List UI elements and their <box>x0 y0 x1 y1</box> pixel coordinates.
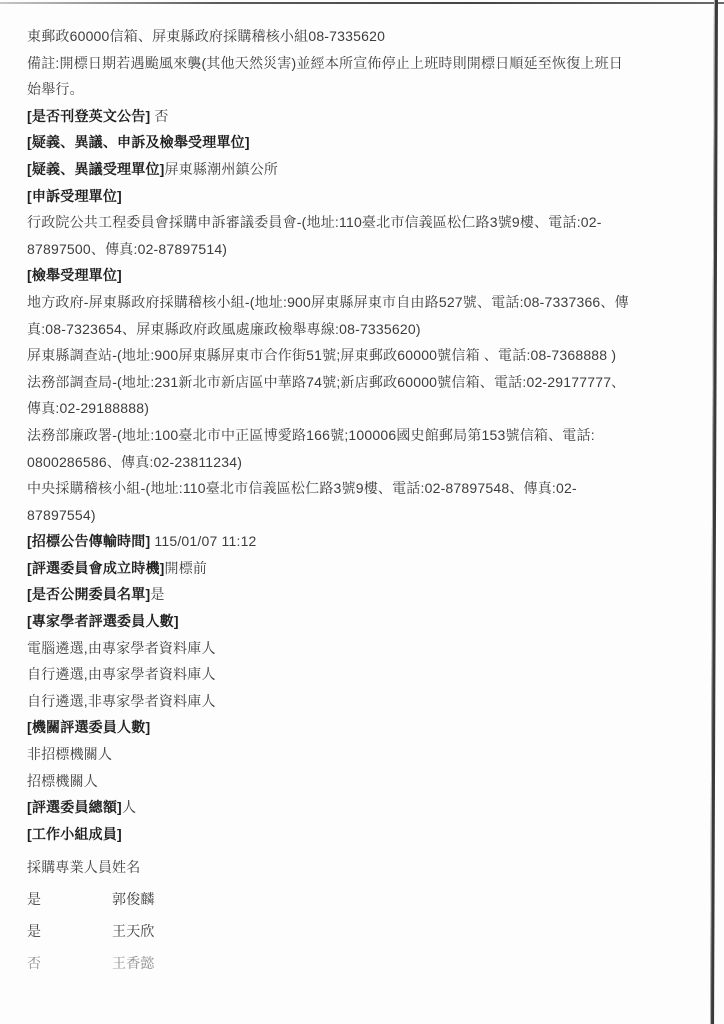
document-line: [檢舉受理單位] <box>27 262 698 289</box>
field-value: 屏東縣潮州鎮公所 <box>165 161 279 177</box>
line-text: 招標機關人 <box>27 773 98 789</box>
document-line: 自行遴選,非專家學者資料庫人 <box>27 688 698 715</box>
document-line: 自行遴選,由專家學者資料庫人 <box>27 661 698 688</box>
document-line: [疑義、異議、申訴及檢舉受理單位] <box>27 129 698 156</box>
document-line: 招標機關人 <box>27 768 698 795</box>
field-label: [申訴受理單位] <box>27 188 122 204</box>
field-label: [招標公告傳輸時間] <box>27 533 150 549</box>
line-text: 87897554) <box>27 507 96 523</box>
document-line: 地方政府-屏東縣政府採購稽核小組-(地址:900屏東縣屏東市自由路527號、電話… <box>27 289 698 316</box>
document-line: 87897500、傳真:02-87897514) <box>27 236 698 263</box>
line-text: 中央採購稽核小組-(地址:110臺北市信義區松仁路3號9樓、電話:02-8789… <box>27 480 577 496</box>
document-line: 備註:開標日期若遇颱風來襲(其他天然災害)並經本所宣佈停止上班時則開標日順延至恢… <box>27 50 698 77</box>
line-text: 法務部調查局-(地址:231新北市新店區中華路74號;新店郵政60000號信箱、… <box>27 374 625 390</box>
field-value: 是 <box>150 586 164 602</box>
line-text: 地方政府-屏東縣政府採購稽核小組-(地址:900屏東縣屏東市自由路527號、電話… <box>27 294 629 310</box>
document-line: [評選委員總額]人 <box>27 794 698 821</box>
qualified-cell: 是 <box>27 916 112 948</box>
line-text: 真:08-7323654、屏東縣政府政風處廉政檢舉專線:08-7335620) <box>27 321 421 337</box>
line-text: 法務部廉政署-(地址:100臺北市中正區博愛路166號;100006國史館郵局第… <box>27 427 595 443</box>
name-cell: 王香懿 <box>112 948 698 980</box>
line-text: 備註:開標日期若遇颱風來襲(其他天然災害)並經本所宣佈停止上班時則開標日順延至恢… <box>27 55 623 71</box>
field-value: 人 <box>122 799 136 815</box>
field-label: [機關評選委員人數] <box>27 719 150 735</box>
document-line: 真:08-7323654、屏東縣政府政風處廉政檢舉專線:08-7335620) <box>27 316 698 343</box>
field-value: 否 <box>150 108 168 124</box>
column-header-procurement-professional: 採購專業人員 <box>27 852 112 884</box>
document-line: [是否刊登英文公告] 否 <box>27 103 698 130</box>
column-header-name: 姓名 <box>112 852 698 884</box>
line-text: 0800286586、傳真:02-23811234) <box>27 454 242 470</box>
document-line: [專家學者評選委員人數] <box>27 608 698 635</box>
document-line: [招標公告傳輸時間] 115/01/07 11:12 <box>27 528 698 555</box>
document-line: 傳真:02-29188888) <box>27 395 698 422</box>
name-cell: 郭俊麟 <box>112 884 698 916</box>
field-label: [疑義、異議受理單位] <box>27 161 165 177</box>
line-text: 傳真:02-29188888) <box>27 400 149 416</box>
qualified-cell: 否 <box>27 948 112 980</box>
line-text: 87897500、傳真:02-87897514) <box>27 241 227 257</box>
field-value: 開標前 <box>165 560 208 576</box>
document-line: [申訴受理單位] <box>27 183 698 210</box>
document-line: 非招標機關人 <box>27 741 698 768</box>
qualified-cell: 是 <box>27 884 112 916</box>
document-line: 電腦遴選,由專家學者資料庫人 <box>27 635 698 662</box>
table-row: 是王天欣 <box>27 916 698 948</box>
field-label: [是否公開委員名單] <box>27 586 150 602</box>
document-line: 87897554) <box>27 502 698 529</box>
field-label: [是否刊登英文公告] <box>27 108 150 124</box>
document-lines: 東郵政60000信箱、屏東縣政府採購稽核小組08-7335620備註:開標日期若… <box>27 23 698 847</box>
line-text: 行政院公共工程委員會採購申訴審議委員會-(地址:110臺北市信義區松仁路3號9樓… <box>27 214 602 230</box>
document-line: 0800286586、傳真:02-23811234) <box>27 449 698 476</box>
line-text: 東郵政60000信箱、屏東縣政府採購稽核小組08-7335620 <box>27 28 385 44</box>
document-line: [是否公開委員名單]是 <box>27 581 698 608</box>
document-line: 東郵政60000信箱、屏東縣政府採購稽核小組08-7335620 <box>27 23 698 50</box>
line-text: 始舉行。 <box>27 81 84 97</box>
document-line: 始舉行。 <box>27 76 698 103</box>
document-line: 法務部廉政署-(地址:100臺北市中正區博愛路166號;100006國史館郵局第… <box>27 422 698 449</box>
work-group-table: 採購專業人員姓名是郭俊麟是王天欣否王香懿 <box>27 852 698 979</box>
document-line: [疑義、異議受理單位]屏東縣潮州鎮公所 <box>27 156 698 183</box>
field-label: [專家學者評選委員人數] <box>27 613 179 629</box>
document-line: [評選委員會成立時機]開標前 <box>27 555 698 582</box>
scan-top-edge-artifact <box>0 2 724 4</box>
line-text: 屏東縣調查站-(地址:900屏東縣屏東市合作街51號;屏東郵政60000號信箱 … <box>27 347 616 363</box>
document-line: 行政院公共工程委員會採購申訴審議委員會-(地址:110臺北市信義區松仁路3號9樓… <box>27 209 698 236</box>
table-row: 否王香懿 <box>27 948 698 980</box>
line-text: 自行遴選,由專家學者資料庫人 <box>27 666 216 682</box>
document-content: 東郵政60000信箱、屏東縣政府採購稽核小組08-7335620備註:開標日期若… <box>27 23 698 980</box>
document-line: 屏東縣調查站-(地址:900屏東縣屏東市合作街51號;屏東郵政60000號信箱 … <box>27 342 698 369</box>
line-text: 非招標機關人 <box>27 746 112 762</box>
scan-right-edge-artifact <box>710 0 718 1024</box>
table-row: 是郭俊麟 <box>27 884 698 916</box>
document-line: [工作小組成員] <box>27 821 698 848</box>
document-line: [機關評選委員人數] <box>27 714 698 741</box>
field-label: [工作小組成員] <box>27 826 122 842</box>
name-cell: 王天欣 <box>112 916 698 948</box>
document-line: 中央採購稽核小組-(地址:110臺北市信義區松仁路3號9樓、電話:02-8789… <box>27 475 698 502</box>
field-value: 115/01/07 11:12 <box>150 533 256 549</box>
field-label: [評選委員總額] <box>27 799 122 815</box>
table-header-row: 採購專業人員姓名 <box>27 852 698 884</box>
field-label: [疑義、異議、申訴及檢舉受理單位] <box>27 134 250 150</box>
document-line: 法務部調查局-(地址:231新北市新店區中華路74號;新店郵政60000號信箱、… <box>27 369 698 396</box>
scanned-document-page: 東郵政60000信箱、屏東縣政府採購稽核小組08-7335620備註:開標日期若… <box>0 0 724 1024</box>
line-text: 自行遴選,非專家學者資料庫人 <box>27 693 216 709</box>
field-label: [檢舉受理單位] <box>27 267 122 283</box>
line-text: 電腦遴選,由專家學者資料庫人 <box>27 640 216 656</box>
field-label: [評選委員會成立時機] <box>27 560 165 576</box>
